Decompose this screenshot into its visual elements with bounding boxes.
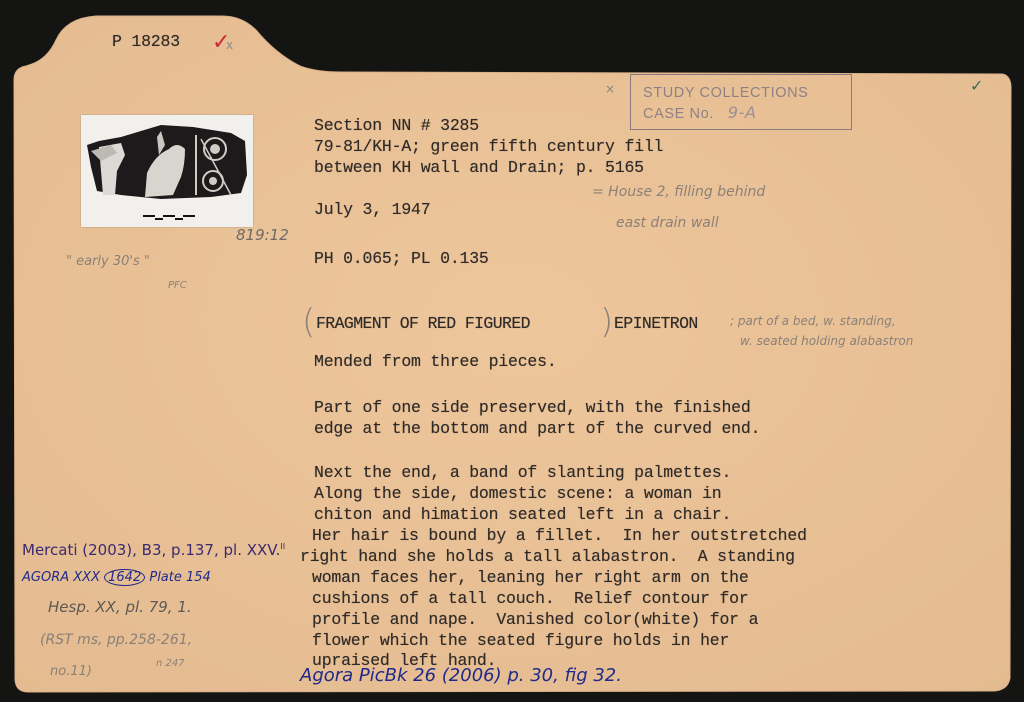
excavation-date: July 3, 1947 [314, 199, 430, 220]
epinetron-note-line-1: ; part of a bed, w. standing, [730, 314, 896, 328]
fragment-image [81, 115, 253, 227]
description-line: right hand she holds a tall alabastron. … [300, 546, 795, 567]
study-collections-stamp: STUDY COLLECTIONS CASE No.9-A [630, 74, 852, 130]
stamp-x-mark: × [605, 82, 615, 96]
description-line: flower which the seated figure holds in … [312, 630, 729, 651]
fragment-photo [81, 115, 253, 227]
section-number: Section NN # 3285 [314, 115, 479, 136]
description-line: Her hair is bound by a fillet. In her ou… [312, 525, 807, 546]
mended-note: Mended from three pieces. [314, 351, 557, 372]
mercati-reference: Mercati (2003), B3, p.137, pl. XXV.II [22, 541, 285, 559]
hesperia-reference: Hesp. XX, pl. 79, 1. [48, 598, 192, 616]
description-line: Along the side, domestic scene: a woman … [314, 483, 721, 504]
agora-post: Plate 154 [149, 570, 210, 585]
ref-819-12: 819:12 [236, 226, 289, 244]
description-line: chiton and himation seated left in a cha… [314, 504, 731, 525]
dimensions: PH 0.065; PL 0.135 [314, 248, 489, 269]
rst-ms-line-1: (RST ms, pp.258-261, [40, 632, 192, 648]
mercati-sup: II [280, 542, 285, 551]
description-line: woman faces her, leaning her right arm o… [312, 567, 749, 588]
agora-pre: AGORA XXX [22, 570, 100, 585]
rst-ms-sub: n 247 [156, 658, 185, 669]
pencil-x-mark: x [226, 38, 233, 52]
description-line: profile and nape. Vanished color(white) … [312, 609, 758, 630]
description-line: Next the end, a band of slanting palmett… [314, 462, 731, 483]
stamp-line2: CASE No.9-A [643, 103, 851, 124]
preserved-line-2: edge at the bottom and part of the curve… [314, 418, 760, 439]
index-card: P 18283 ✓ x × STUDY COLLECTIONS CASE No.… [0, 0, 1024, 702]
green-check-icon: ✓ [970, 76, 983, 95]
agora-picture-book-reference: Agora PicBk 26 (2006) p. 30, fig 32. [300, 665, 622, 686]
open-paren-mark: ( [302, 302, 315, 342]
close-paren-mark: ) [600, 302, 613, 342]
object-title-part-2: EPINETRON [614, 313, 698, 334]
house-note-line-1: = House 2, filling behind [592, 184, 765, 200]
early-30s-note: " early 30's " [66, 254, 150, 269]
pfc-initials: PFC [168, 280, 187, 291]
epinetron-note-line-2: w. seated holding alabastron [740, 334, 913, 348]
object-title-part-1: FRAGMENT OF RED FIGURED [316, 313, 530, 334]
stamp-case-label: CASE No. [643, 106, 714, 122]
context-line-2: between KH wall and Drain; p. 5165 [314, 157, 644, 178]
catalog-number: P 18283 [112, 31, 180, 52]
mercati-text: Mercati (2003), B3, p.137, pl. XXV. [22, 541, 280, 559]
stamp-case-value: 9-A [728, 103, 757, 122]
description-line: cushions of a tall couch. Relief contour… [312, 588, 749, 609]
house-note-line-2: east drain wall [616, 215, 719, 231]
agora-xxx-reference: AGORA XXX 1642 Plate 154 [22, 570, 211, 585]
stamp-line1: STUDY COLLECTIONS [643, 83, 851, 103]
preserved-line-1: Part of one side preserved, with the fin… [314, 397, 751, 418]
agora-circled-number: 1642 [104, 569, 145, 586]
context-line-1: 79-81/KH-A; green fifth century fill [314, 136, 663, 157]
rst-ms-line-2: no.11) [50, 664, 92, 679]
